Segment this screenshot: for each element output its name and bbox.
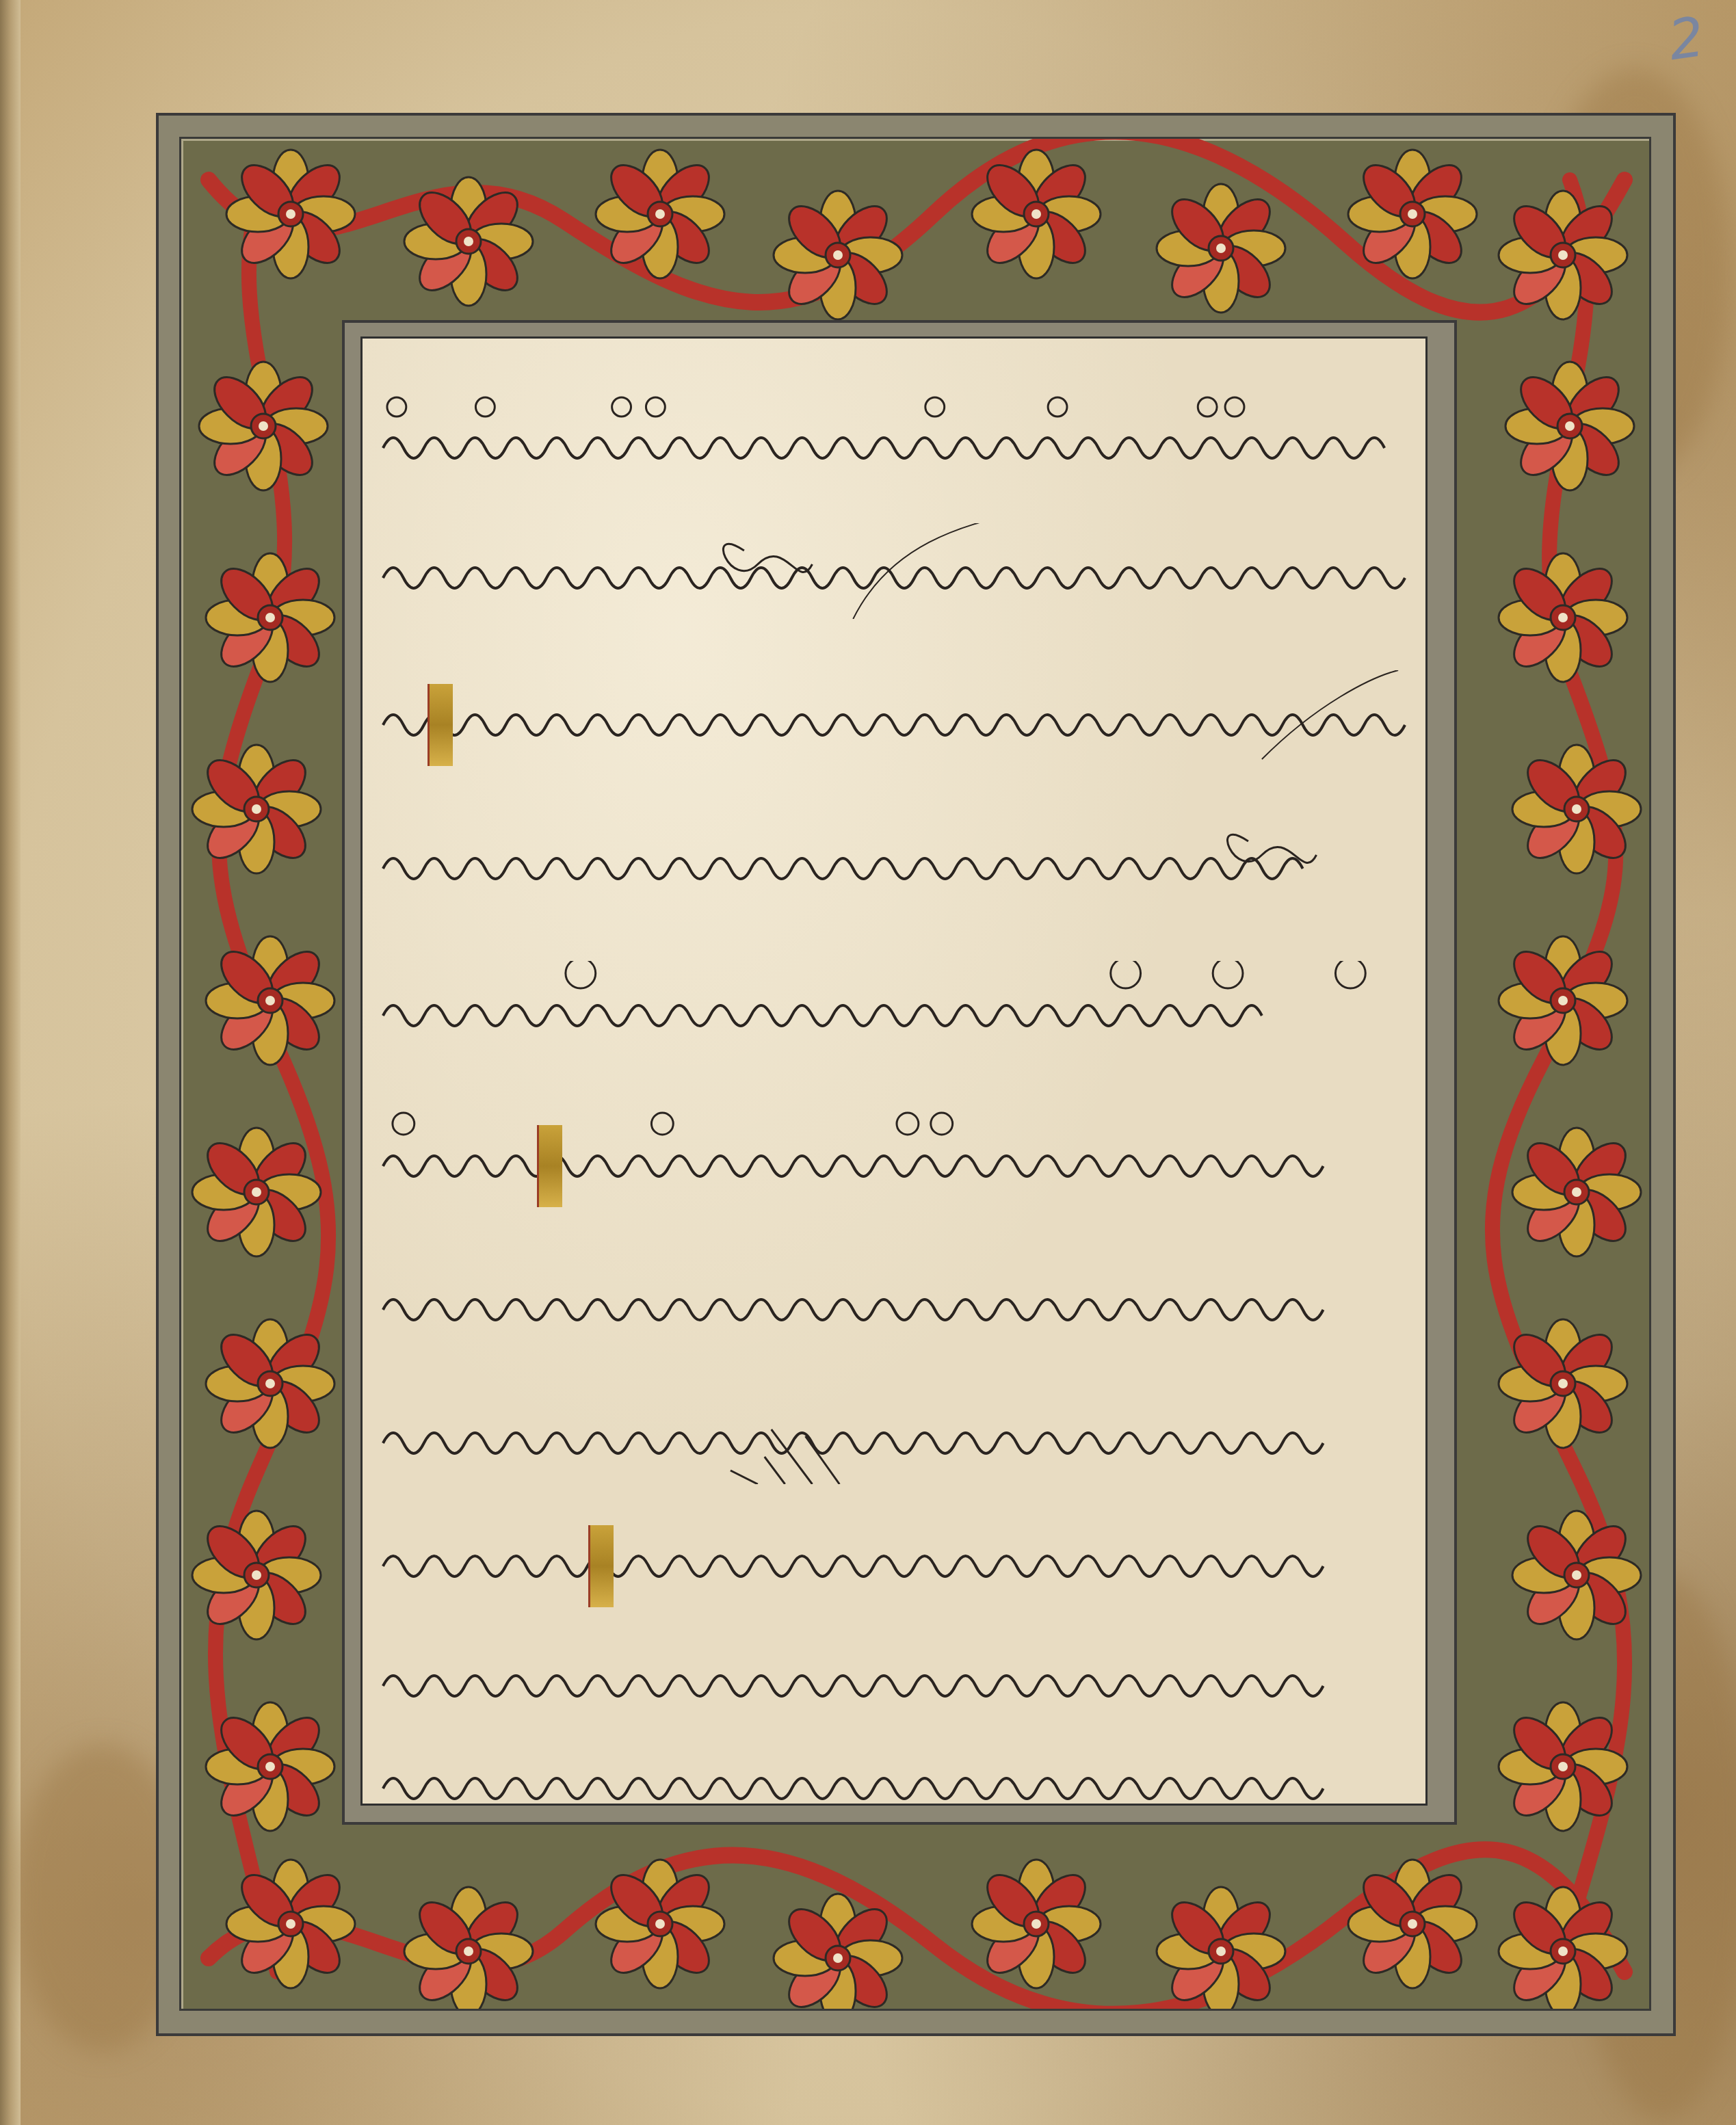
script-line-6 xyxy=(376,1111,1412,1207)
javanese-script-ink xyxy=(376,1512,1412,1607)
script-line-1 xyxy=(376,393,1412,489)
script-line-7 xyxy=(376,1255,1412,1351)
gold-rubric-mark xyxy=(428,684,453,766)
folio-number: 2 xyxy=(1665,5,1708,72)
javanese-script-ink xyxy=(376,1111,1412,1207)
javanese-script-ink xyxy=(376,670,1412,766)
gold-rubric-mark xyxy=(537,1125,562,1207)
javanese-script-ink xyxy=(376,814,1412,910)
script-line-3 xyxy=(376,670,1412,766)
text-panel xyxy=(360,336,1428,1806)
script-line-4 xyxy=(376,814,1412,910)
script-line-8 xyxy=(376,1388,1412,1484)
manuscript-page: 2 xyxy=(0,0,1736,2125)
script-line-11 xyxy=(376,1761,1412,1806)
javanese-script-ink xyxy=(376,393,1412,489)
javanese-script-ink xyxy=(376,1388,1412,1484)
javanese-script-ink xyxy=(376,961,1412,1057)
javanese-script-ink xyxy=(376,523,1412,619)
javanese-script-ink xyxy=(376,1761,1412,1806)
script-line-2 xyxy=(376,523,1412,619)
gold-rubric-mark xyxy=(588,1525,614,1607)
script-line-10 xyxy=(376,1631,1412,1727)
script-line-9 xyxy=(376,1512,1412,1607)
javanese-script-ink xyxy=(376,1631,1412,1727)
javanese-script-ink xyxy=(376,1255,1412,1351)
script-line-5 xyxy=(376,961,1412,1057)
binding-edge xyxy=(0,0,21,2125)
